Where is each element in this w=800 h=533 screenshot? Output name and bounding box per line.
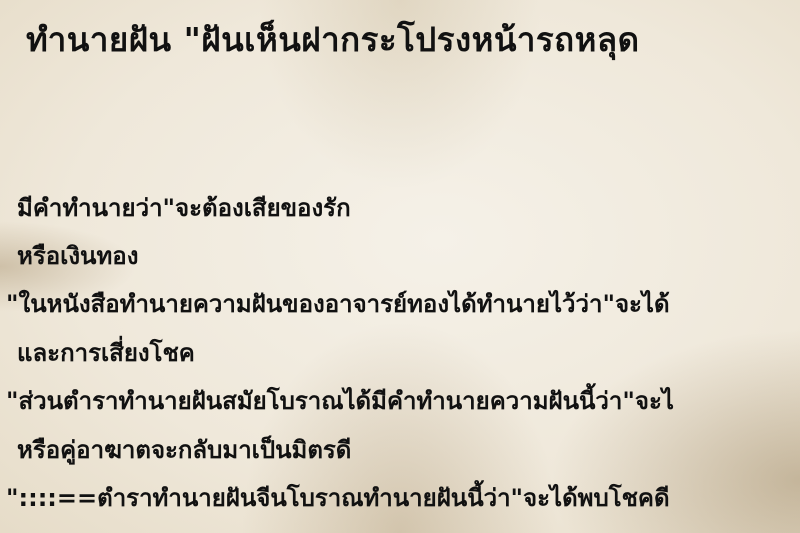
interpretation-line-7: "::::==ตำราทำนายฝันจีนโบราณทำนายฝันนี้ว่…: [6, 482, 670, 514]
interpretation-line-4: และการเสี่ยงโชค: [17, 337, 195, 369]
interpretation-line-2: หรือเงินทอง: [17, 240, 138, 272]
interpretation-line-3: "ในหนังสือทำนายความฝันของอาจารย์ทองได้ทำ…: [6, 288, 670, 320]
interpretation-line-1: มีคำทำนายว่า"จะต้องเสียของรัก: [17, 192, 351, 224]
dream-interpretation-page: ทำนายฝัน "ฝันเห็นฝากระโปรงหน้ารถหลุด มีค…: [0, 0, 800, 533]
page-title: ทำนายฝัน "ฝันเห็นฝากระโปรงหน้ารถหลุด: [26, 18, 640, 62]
interpretation-line-6: หรือคู่อาฆาตจะกลับมาเป็นมิตรดี: [17, 434, 351, 466]
interpretation-line-5: "ส่วนตำราทำนายฝันสมัยโบราณได้มีคำทำนายคว…: [6, 385, 674, 417]
